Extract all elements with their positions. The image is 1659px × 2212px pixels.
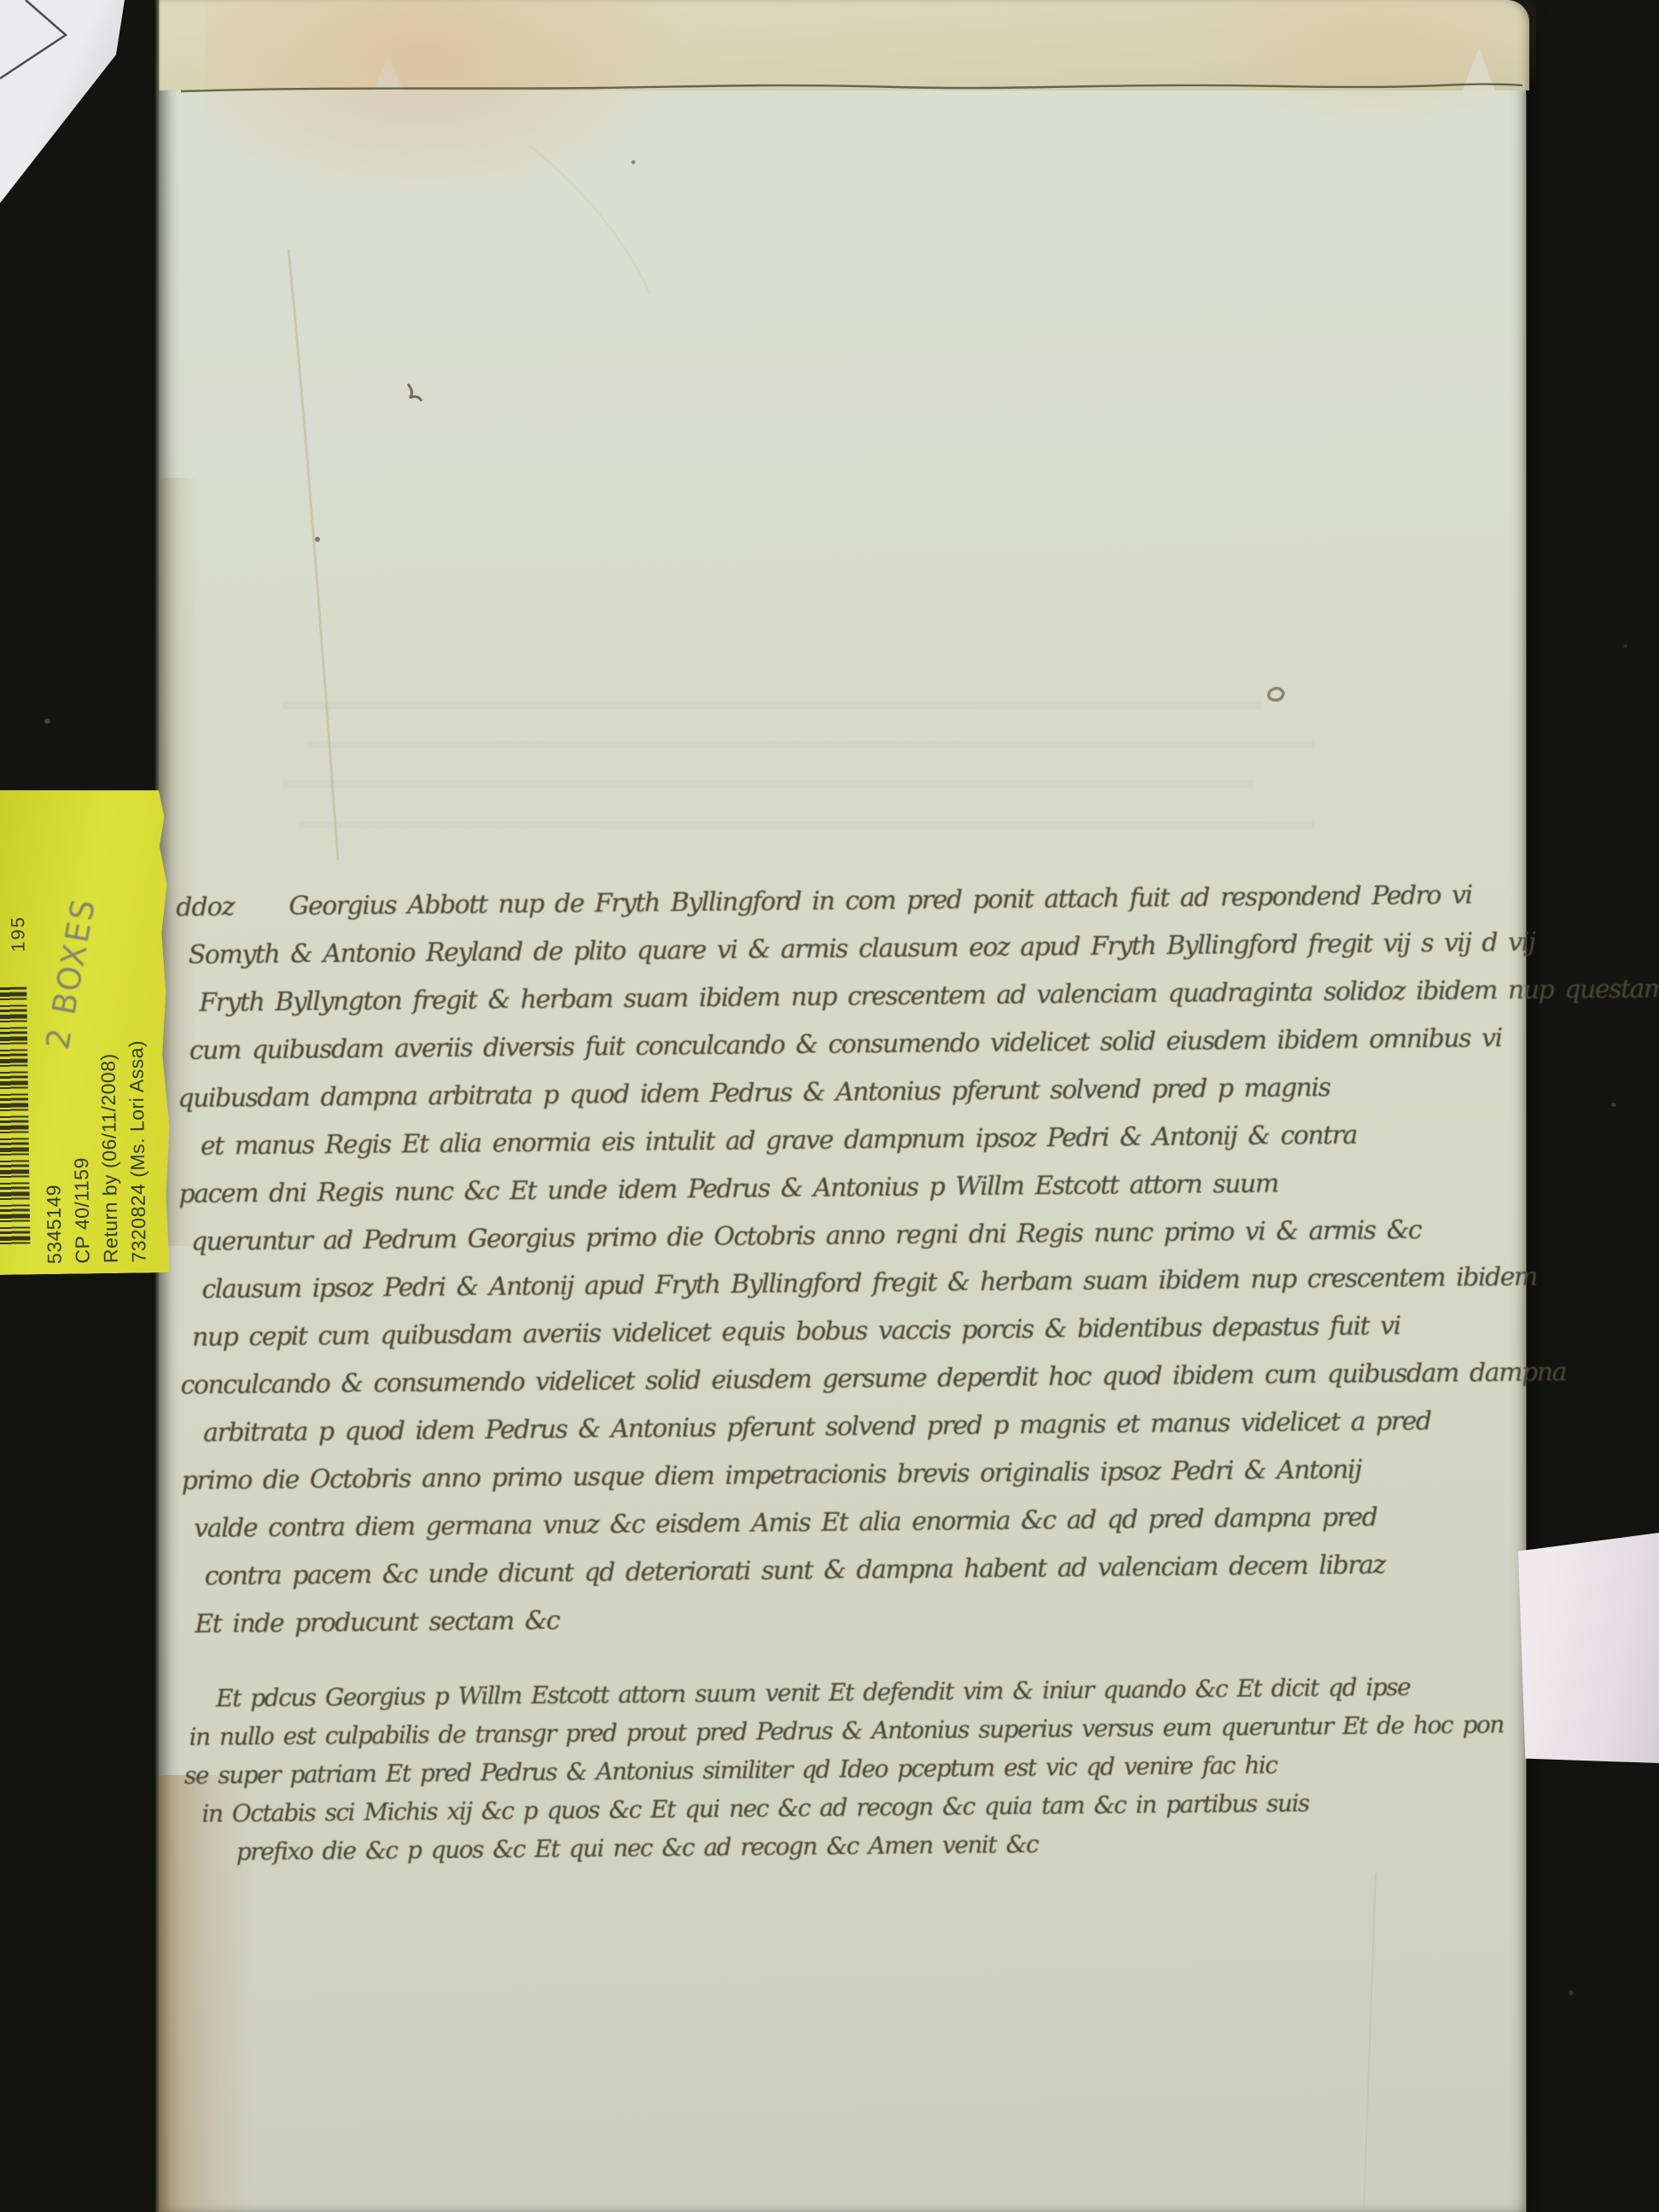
note-line: 7320824 (Ms. Lori Assa) [120, 895, 154, 1262]
photo-backdrop: ddozGeorgius Abbott nup de Fryth Bylling… [0, 0, 1659, 2212]
manuscript-line-text: Georgius Abbott nup de Fryth Byllingford… [288, 880, 1471, 921]
printed-corner-line [0, 0, 128, 207]
note-reference-lines: 5345149 CP 40/1159 Return by (06/11/2008… [36, 895, 154, 1264]
dust-speck [44, 719, 50, 724]
dust-speck [1611, 1103, 1616, 1107]
barcode [0, 987, 30, 1245]
archive-sticky-note: 195 5345149 CP 40/1159 Return by (06/11/… [0, 788, 172, 1275]
manuscript-paragraph-2: Et pdcus Georgius p Willm Estcott attorn… [183, 1667, 1542, 1871]
margin-note: ddoz [176, 883, 235, 932]
sheet-number: 195 [7, 916, 30, 952]
loose-paper-corner [0, 0, 128, 207]
top-leaves-edge [159, 0, 1529, 90]
dust-speck [1623, 644, 1627, 648]
dust-speck [1569, 1990, 1574, 1995]
manuscript-text: ddozGeorgius Abbott nup de Fryth Bylling… [176, 871, 1542, 1871]
manuscript-paragraph-1: ddozGeorgius Abbott nup de Fryth Bylling… [176, 871, 1540, 1649]
